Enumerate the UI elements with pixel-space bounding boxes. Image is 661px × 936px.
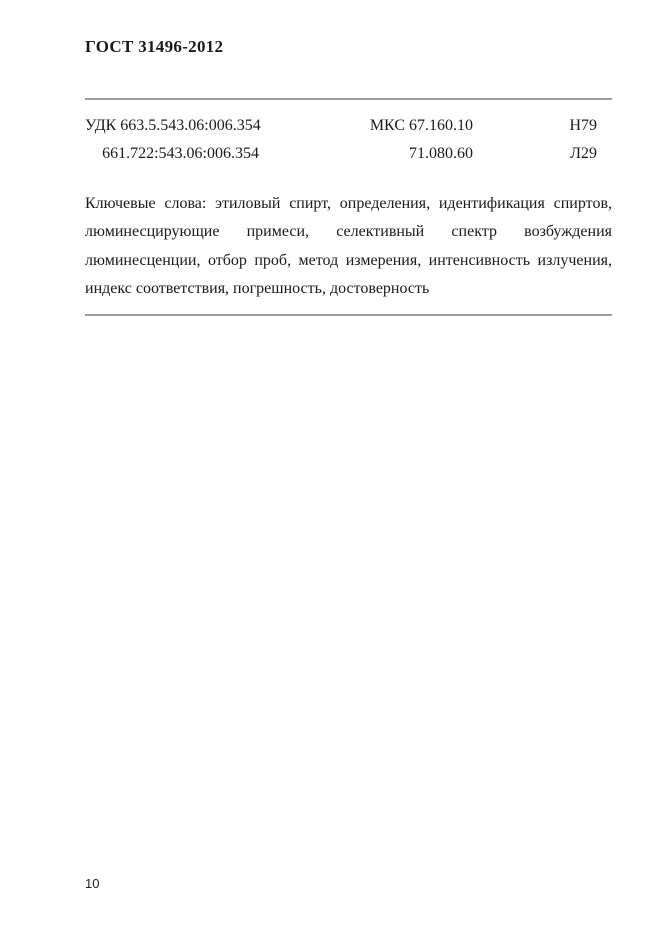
class-code-line1: Н79 [523,116,597,136]
keywords-line: Ключевые слова: этиловый спирт, определе… [85,190,612,218]
document-page: ГОСТ 31496-2012 УДК 663.5.543.06:006.354… [0,0,661,936]
mks-code-line2: 71.080.60 [300,144,473,164]
keywords-line: люминесценции, отбор проб, метод измерен… [85,247,612,275]
page-number: 10 [85,876,99,891]
classification-codes: УДК 663.5.543.06:006.354 МКС 67.160.10 Н… [85,116,612,172]
codes-row-2: 661.722:543.06:006.354 71.080.60 Л29 [85,144,612,172]
keywords-paragraph: Ключевые слова: этиловый спирт, определе… [85,190,612,304]
keywords-line: индекс соответствия, погрешность, достов… [85,275,612,303]
udk-code-line1: УДК 663.5.543.06:006.354 [85,116,259,136]
codes-row-1: УДК 663.5.543.06:006.354 МКС 67.160.10 Н… [85,116,612,144]
horizontal-rule-bottom [85,314,612,316]
horizontal-rule-top [85,98,612,100]
keywords-line: люминесцирующие примеси, селективный спе… [85,218,612,246]
mks-code-line1: МКС 67.160.10 [300,116,473,136]
udk-code-line2: 661.722:543.06:006.354 [85,144,259,164]
page-title: ГОСТ 31496-2012 [85,37,223,57]
class-code-line2: Л29 [523,144,597,164]
